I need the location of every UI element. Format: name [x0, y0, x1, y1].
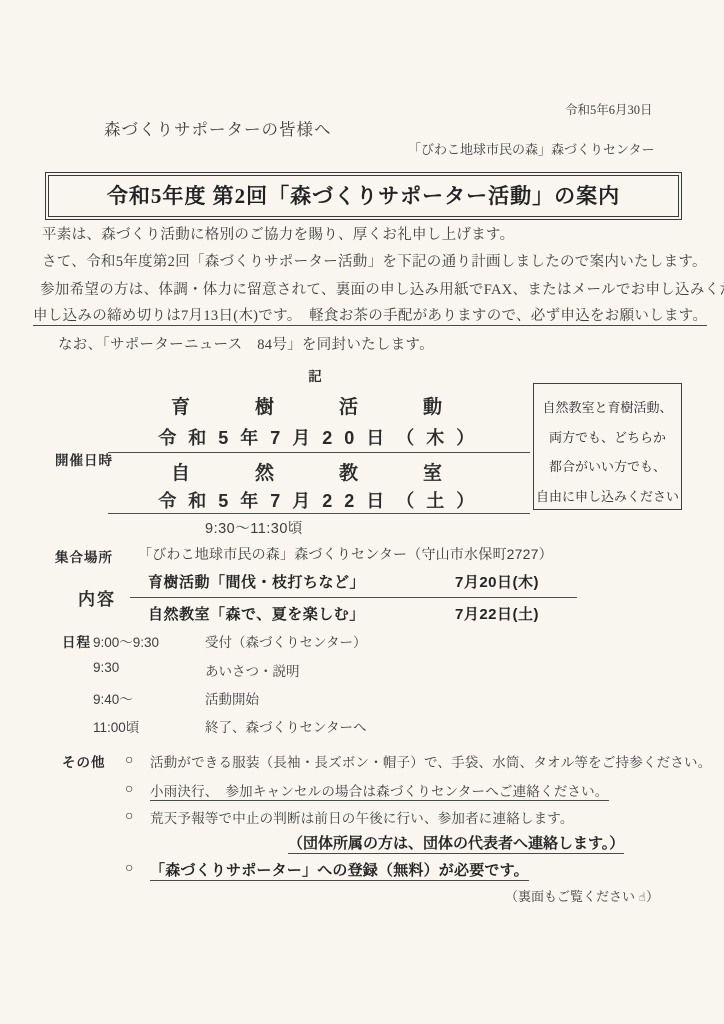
- schedule-divider-1: [108, 452, 530, 453]
- other-item-registration: 「森づくりサポーター」への登録（無料）が必要です。: [150, 862, 529, 881]
- contents-row-date: 7月20日(木): [455, 571, 539, 592]
- addressee-line: 森づくりサポーターの皆様へ: [104, 116, 332, 140]
- contents-label: 内容: [78, 585, 116, 610]
- note-box-line: 自然教室と育樹活動、: [534, 393, 681, 423]
- paragraph-application: 参加希望の方は、体調・体力に留意されて、裏面の申し込み用紙でFAX、またはメール…: [40, 278, 724, 299]
- back-side-note-text: （裏面もご覧ください: [505, 889, 639, 904]
- itinerary-desc: 活動開始: [205, 688, 259, 708]
- contents-row-date: 7月22日(土): [455, 603, 539, 624]
- other-item-storm: 荒天予報等で中止の判断は前日の午後に行い、参加者に連絡します。: [150, 807, 574, 827]
- other-item-clothing: 活動ができる服装（長袖・長ズボン・帽子）で、手袋、水筒、タオル等をご持参ください…: [150, 751, 711, 771]
- bullet-circle-icon: ○: [125, 751, 133, 767]
- other-item-rain-cancel: 小雨決行、 参加キャンセルの場合は森づくりセンターへご連絡ください。: [150, 784, 609, 801]
- back-side-note: （裏面もご覧ください ☝）: [505, 886, 659, 905]
- bullet-circle-icon: ○: [125, 859, 133, 875]
- schedule-date-1: 令 和 5 年 7 月 2 0 日 （ 木 ）: [108, 424, 528, 450]
- pointing-hand-icon: ☝: [639, 890, 646, 904]
- document-date: 令和5年6月30日: [565, 100, 653, 118]
- meeting-place-value: 「びわこ地球市民の森」森づくりセンター（守山市水保町2727）: [138, 544, 553, 564]
- itinerary-time: 9:00～9:30: [93, 631, 159, 651]
- record-mark: 記: [0, 365, 630, 385]
- itinerary-time: 11:00頃: [93, 716, 139, 736]
- schedule-activity-1: 育 樹 活 動: [108, 392, 528, 419]
- page-title: 令和5年度 第2回「森づくりサポーター活動」の案内: [48, 175, 679, 217]
- sender-line: 「びわこ地球市民の森」森づくりセンター: [408, 139, 654, 158]
- back-side-note-close: ）: [646, 889, 659, 904]
- schedule-activity-2: 自 然 教 室: [108, 458, 528, 485]
- meeting-place-label: 集合場所: [55, 546, 113, 566]
- scanned-notice-document: 令和5年6月30日 森づくりサポーターの皆様へ 「びわこ地球市民の森」森づくりセ…: [0, 0, 724, 1024]
- itinerary-time: 9:30: [93, 660, 119, 675]
- note-box-line: 都合がいい方でも、: [534, 452, 681, 482]
- itinerary-desc: あいさつ・説明: [205, 660, 300, 680]
- itinerary-label: 日程: [62, 631, 91, 651]
- bullet-circle-icon: ○: [125, 807, 133, 823]
- enclosure-line: なお、「サポーターニュース 84号」を同封いたします。: [58, 333, 434, 354]
- deadline-line: 申し込みの締め切りは7月13日(木)です。 軽食お茶の手配がありますので、必ず申…: [33, 308, 707, 326]
- itinerary-time: 9:40～: [93, 688, 133, 708]
- contents-row-name: 育樹活動「間伐・枝打ちなど」: [148, 571, 365, 592]
- schedule-divider-2: [108, 513, 530, 514]
- note-box: 自然教室と育樹活動、 両方でも、どちらか 都合がいい方でも、 自由に申し込みくだ…: [533, 383, 682, 510]
- schedule-date-2: 令 和 5 年 7 月 2 2 日 （ 土 ）: [108, 487, 528, 513]
- schedule-label: 開催日時: [55, 449, 113, 469]
- schedule-time: 9:30～11:30頃: [205, 517, 303, 538]
- itinerary-desc: 終了、森づくりセンターへ: [205, 716, 366, 736]
- note-box-line: 自由に申し込みください: [534, 482, 681, 512]
- others-label: その他: [62, 751, 106, 771]
- contents-divider: [130, 597, 577, 598]
- paragraph-greeting: 平素は、森づくり活動に格別のご協力を賜り、厚くお礼申し上げます。: [42, 223, 514, 244]
- group-contact-note: （団体所属の方は、団体の代表者へ連絡します。）: [288, 835, 624, 854]
- contents-row-name: 自然教室「森で、夏を楽しむ」: [148, 603, 365, 624]
- paragraph-announcement: さて、令和5年度第2回「森づくりサポーター活動」を下記の通り計画しましたので案内…: [42, 250, 707, 271]
- bullet-circle-icon: ○: [125, 780, 133, 796]
- title-box: 令和5年度 第2回「森づくりサポーター活動」の案内: [45, 172, 682, 220]
- note-box-line: 両方でも、どちらか: [534, 423, 681, 453]
- itinerary-desc: 受付（森づくりセンター）: [205, 631, 366, 651]
